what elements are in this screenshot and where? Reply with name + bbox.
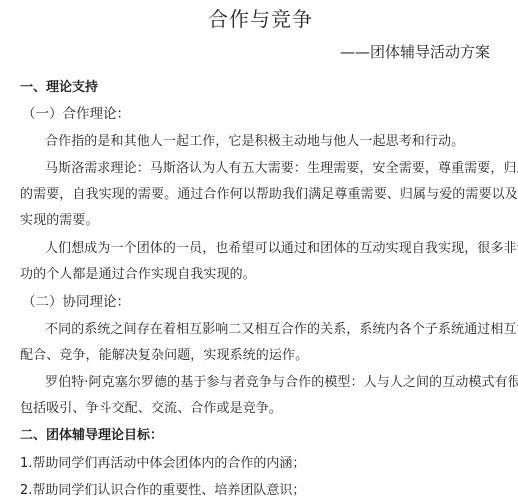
section-heading-theory-support: 一、理论支持 [20,76,98,95]
paragraph-line: 人们想成为一个团体的一员，也希望可以通过和团体的互动实现自我实现，很多非常成 [45,237,518,256]
document-page: 合作与竞争 ——团体辅导活动方案 一、理论支持 （一）合作理论： 合作指的是和其… [0,0,518,500]
paragraph-line: 合作指的是和其他人一起工作，它是积极主动地与他人一起思考和行动。 [45,130,464,149]
document-subtitle: ——团体辅导活动方案 [340,41,490,62]
paragraph-line: 实现的需要。 [20,209,99,228]
paragraph-line: 罗伯特·阿克塞尔罗德的基于参与者竞争与合作的模型：人与人之间的互动模式有很多， [45,371,518,390]
paragraph-line: 功的个人都是通过合作实现自我实现的。 [20,263,256,282]
paragraph-line: 包括吸引、争斗交配、交流、合作或是竞争。 [20,397,282,416]
subsection-heading-synergy-theory: （二）协同理论： [22,290,130,310]
document-title: 合作与竞争 [208,3,313,32]
section-heading-group-counseling-goals: 二、团体辅导理论目标： [20,424,163,443]
paragraph-line: 的需要，自我实现的需要。通过合作何以帮助我们满足尊重需要、归属与爱的需要以及自我 [20,183,518,202]
list-item: 1.帮助同学们再活动中体会团体内的合作的内涵； [20,452,305,471]
subsection-heading-cooperation-theory: （一）合作理论： [22,102,130,122]
paragraph-line: 马斯洛需求理论：马斯洛认为人有五大需要：生理需要，安全需要，尊重需要，归属与爱 [45,157,518,176]
paragraph-line: 不同的系统之间存在着相互影响二又相互合作的关系，系统内各个子系统通过相互协作、 [45,318,518,337]
list-item: 2.帮助同学们认识合作的重要性、培养团队意识； [20,479,305,498]
paragraph-line: 配合、竞争，能解决复杂问题，实现系统的运作。 [20,344,308,363]
